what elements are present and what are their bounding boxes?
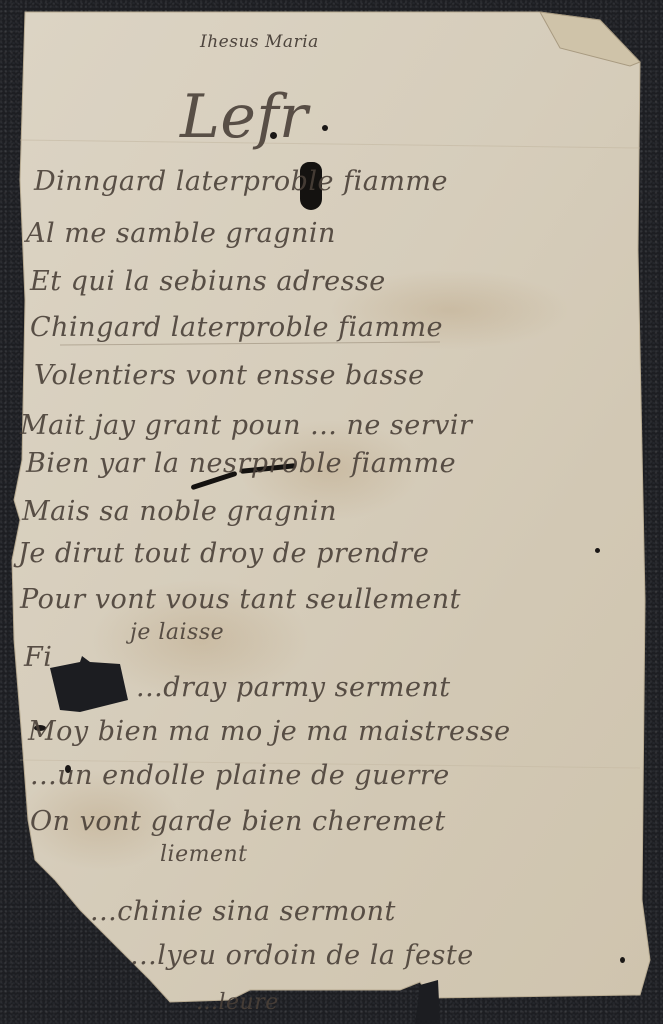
verse-line-8: Mais sa noble gragnin [22,496,337,527]
verse-line-17: liement [160,842,247,867]
verse-line-19: ...lyeu ordoin de la feste [130,940,474,971]
verse-line-4: Chingard laterproble fiamme [30,312,443,343]
verse-line-9: Je dirut tout droy de prendre [18,538,429,569]
handwritten-text: Ihesus Maria Lefr Dinngard laterproble f… [0,0,663,1024]
verse-line-11: je laisse [130,620,224,645]
verse-line-6: Mait jay grant poun ... ne servir [20,410,472,441]
verse-line-2: Al me samble gragnin [26,218,336,249]
verse-line-13: ...dray parmy serment [136,672,451,703]
heading-ihesus-maria: Ihesus Maria [200,32,319,52]
verse-line-5: Volentiers vont ensse basse [34,360,425,391]
verse-line-7: Bien yar la nesrproble fiamme [26,448,456,479]
verse-line-15: ...un endolle plaine de guerre [30,760,450,791]
initial-mark: Lefr [180,82,308,152]
verse-line-14: Moy bien ma mo je ma maistresse [28,716,511,747]
verse-line-12: Fi [24,642,52,673]
verse-line-3: Et qui la sebiuns adresse [30,266,386,297]
manuscript-scan: Ihesus Maria Lefr Dinngard laterproble f… [0,0,663,1024]
verse-line-10: Pour vont vous tant seullement [20,584,461,615]
verse-line-16: On vont garde bien cheremet [30,806,446,837]
verse-line-1: Dinngard laterproble fiamme [34,166,448,197]
verse-line-18: ...chinie sina sermont [90,896,396,927]
verse-line-20: ...leure [196,990,279,1015]
